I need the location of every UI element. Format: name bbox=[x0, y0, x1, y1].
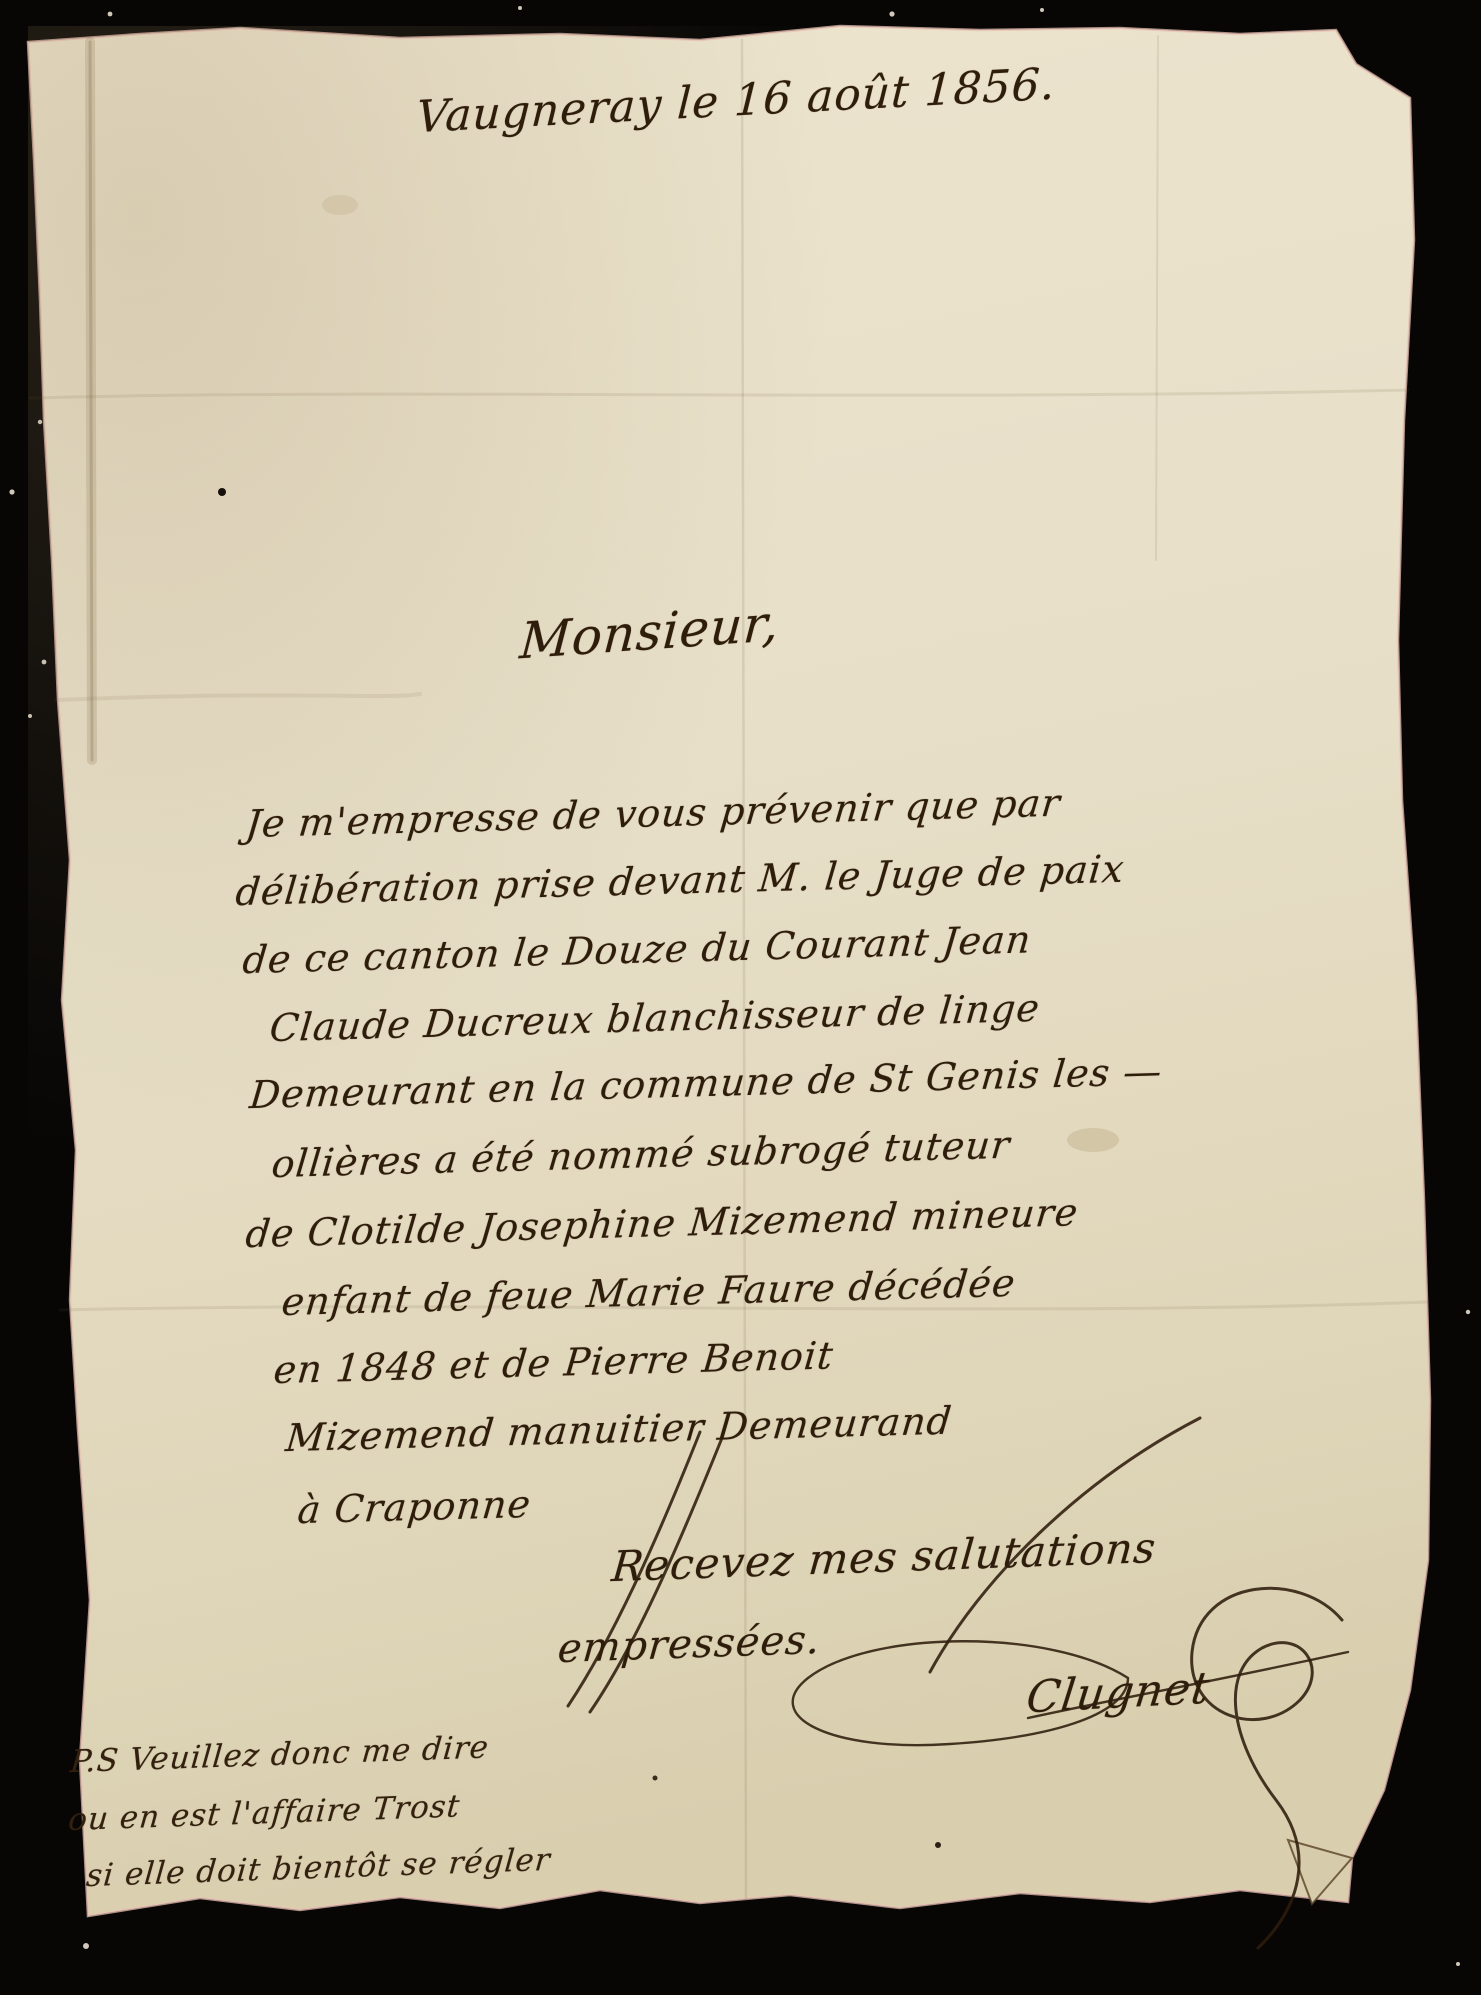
letter-body-line: à Craponne bbox=[296, 1482, 533, 1532]
signature-name: Clugnet bbox=[1024, 1662, 1213, 1723]
letter-closing-line: empressées. bbox=[556, 1617, 823, 1672]
scanned-letter-photo: Vaugneray le 16 août 1856. Monsieur, Je … bbox=[0, 0, 1481, 1995]
